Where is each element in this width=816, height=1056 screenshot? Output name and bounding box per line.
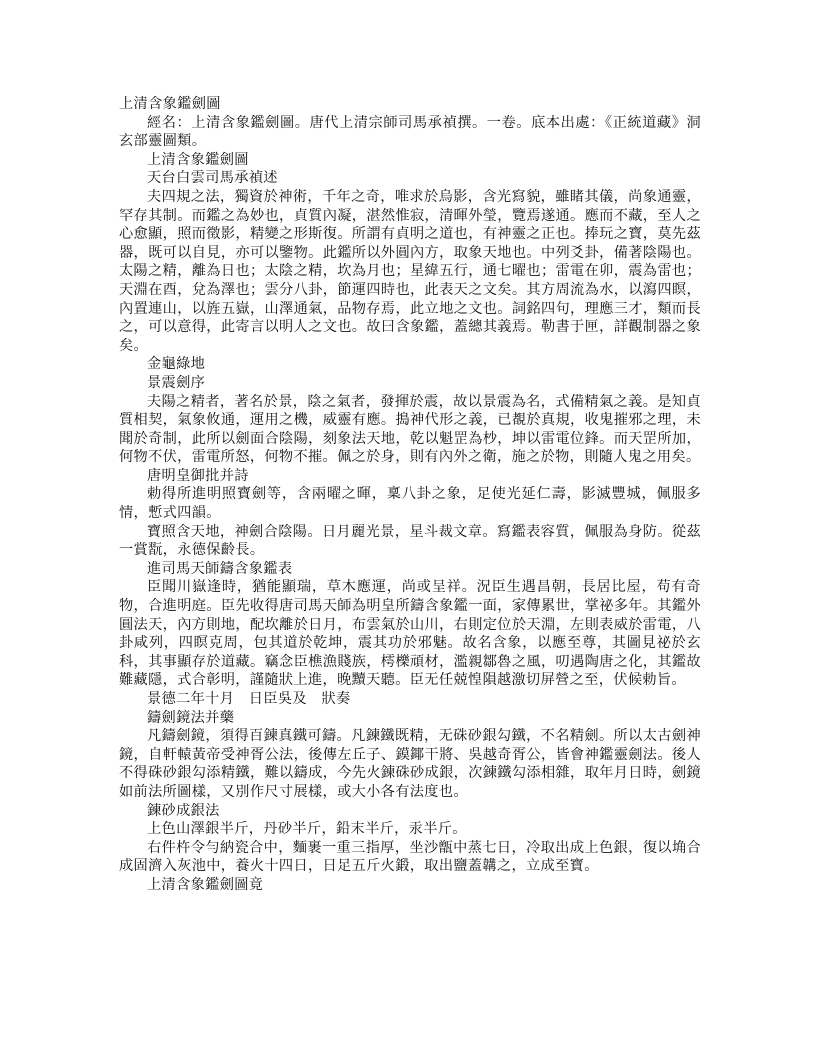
ingredients-paragraph: 上色山澤銀半斤，丹砂半斤，鉛末半斤，汞半斤。 [119,820,701,839]
procedure-paragraph: 右件杵令勻納瓷合中，麵裹一重三指厚，坐沙甑中蒸七日，冷取出成上色銀，復以埆合成固… [119,839,701,876]
sword-preface-paragraph: 夫陽之精者，著名於景，陰之氣者，發揮於震，故以景震為名，式備精氣之義。是知貞質相… [119,393,701,467]
section-heading: 金龜綠地 [119,355,701,374]
casting-method-paragraph: 凡鑄劍鏡，須得百鍊真鐵可鑄。凡鍊鐵既精，无硃砂銀勾鐵，不名精劍。所以太古劍神鏡，… [119,727,701,801]
section-heading: 上清含象鑑劍圖 [119,151,701,170]
author-line: 天台白雲司馬承禎述 [119,169,701,188]
scripture-info-paragraph: 經名：上清含象鑑劍圖。唐代上清宗師司馬承禎撰。一卷。底本出處：《正統道藏》洞玄部… [119,114,701,151]
document-page: 上清含象鑑劍圖 經名：上清含象鑑劍圖。唐代上清宗師司馬承禎撰。一卷。底本出處：《… [119,95,701,895]
preface-paragraph: 夫四規之法，獨資於神術，千年之奇，唯求於烏影，含光寫貌，雖睹其儀，尚象通靈，罕存… [119,188,701,355]
memorial-paragraph: 臣聞川嶽逢時，猶能顯瑞，草木應運，尚或呈祥。況臣生遇昌朝，長居比屋，苟有奇物，合… [119,578,701,690]
end-line: 上清含象鑑劍圖竟 [119,876,701,895]
poem-paragraph: 寶照含天地，神劍合陰陽。日月麗光景，星斗裁文章。寫鑑表容質，佩服為身防。從茲一賞… [119,523,701,560]
date-signature-line: 景德二年十月 日臣吳及 狀奏 [119,690,701,709]
section-heading: 景震劍序 [119,374,701,393]
section-heading: 鑄劍鏡法并藥 [119,709,701,728]
document-title: 上清含象鑑劍圖 [119,95,701,114]
section-heading: 鍊砂成銀法 [119,802,701,821]
imperial-edict-paragraph: 勅得所進明照寶劍等，含兩曜之暉，稟八卦之象，足使光延仁壽，影滅豐城，佩服多情，慙… [119,485,701,522]
section-heading: 唐明皇御批并詩 [119,467,701,486]
section-heading: 進司馬天師鑄含象鑑表 [119,560,701,579]
